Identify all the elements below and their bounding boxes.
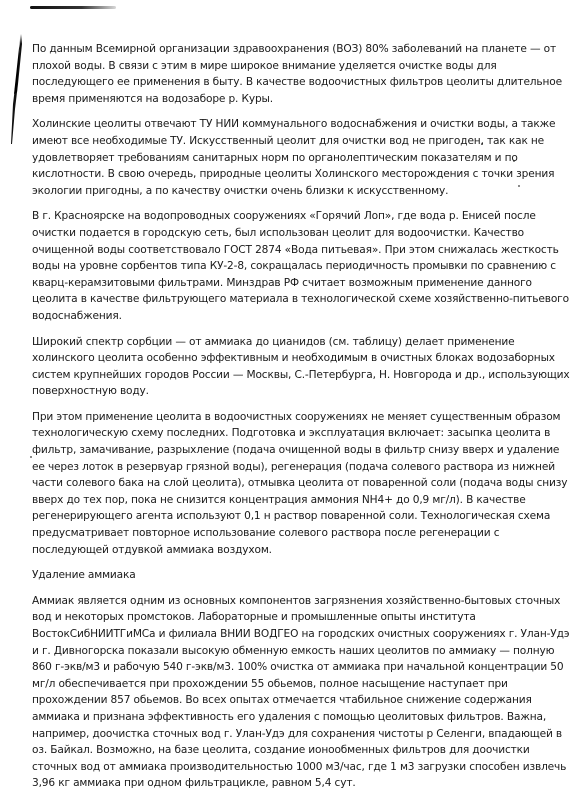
paragraph-ammonia: Аммиак является одним из основных компон… [32, 593, 572, 792]
paragraph-kholinsk-zeolites: Холинские цеолиты отвечают ТУ НИИ коммун… [32, 116, 572, 199]
document-page: По данным Всемирной организации здравоох… [32, 41, 572, 800]
paragraph-sorption-spectrum: Широкий спектр сорбции — от аммиака до ц… [32, 334, 572, 400]
paragraph-krasnoyarsk: В г. Красноярске на водопроводных сооруж… [32, 208, 572, 324]
paragraph-who: По данным Всемирной организации здравоох… [32, 41, 572, 107]
section-heading: Удаление аммиака [32, 567, 572, 584]
scan-artifact-streak [10, 34, 22, 144]
scan-artifact-bar [30, 6, 116, 9]
paragraph-operation: При этом применение цеолита в водоочистн… [32, 409, 572, 558]
